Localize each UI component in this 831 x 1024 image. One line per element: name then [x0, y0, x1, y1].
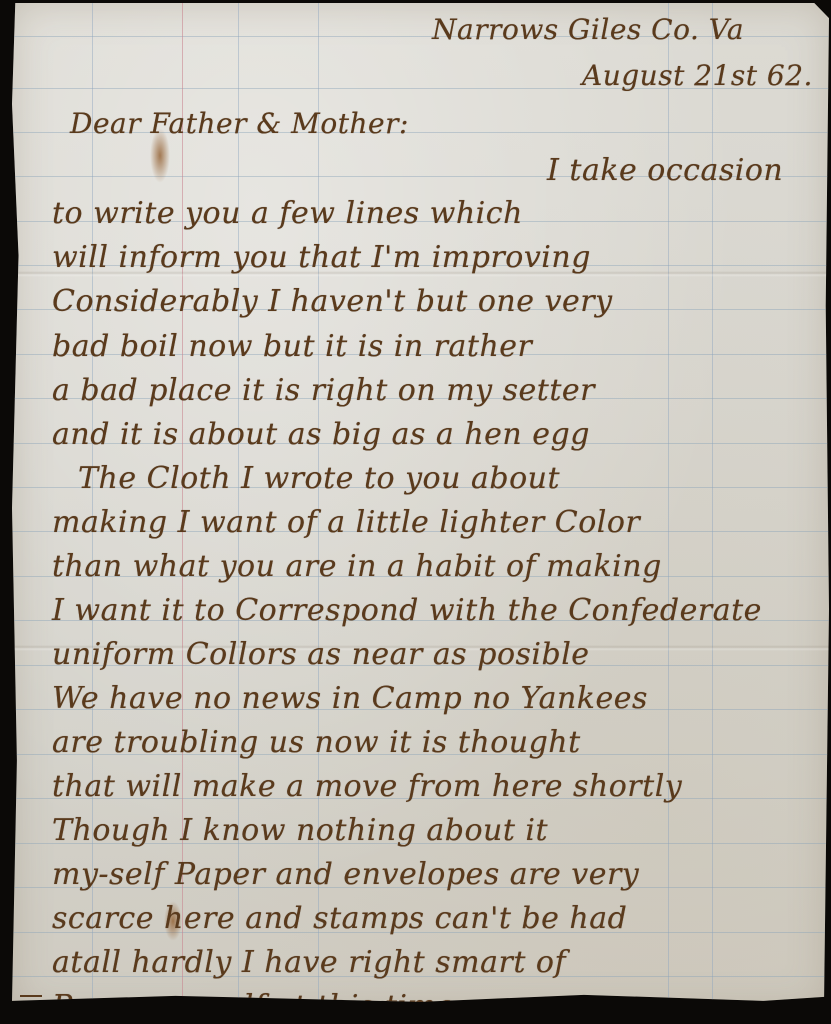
letter-page: Narrows Giles Co. Va August 21st 62. Dea…: [12, 3, 829, 1013]
letter-line: my-self Paper and envelopes are very: [52, 857, 639, 892]
letter-line: are troubling us now it is thought: [52, 725, 581, 760]
letter-line: scarce here and stamps can't be had: [52, 901, 627, 936]
letter-place: Narrows Giles Co. Va: [432, 13, 744, 46]
letter-line: that will make a move from here shortly: [52, 769, 682, 804]
letter-line: The Cloth I wrote to you about: [78, 461, 560, 496]
letter-line: Though I know nothing about it: [52, 813, 548, 848]
letter-salutation: Dear Father & Mother:: [70, 107, 409, 140]
ink-dash-mark: [20, 995, 42, 997]
letter-line: than what you are in a habit of making: [52, 549, 662, 584]
letter-line: atall hardly I have right smart of: [52, 945, 566, 980]
letter-line: Considerably I haven't but one very: [52, 284, 613, 319]
letter-line: We have no news in Camp no Yankees: [52, 681, 648, 716]
letter-line: making I want of a little lighter Color: [52, 505, 640, 540]
letter-line: bad boil now but it is in rather: [52, 329, 532, 364]
letter-line: I take occasion: [547, 153, 783, 188]
letter-line: I want it to Correspond with the Confede…: [52, 593, 762, 628]
letter-line: and it is about as big as a hen egg: [52, 417, 590, 452]
letter-line: will inform you that I'm improving: [52, 240, 591, 275]
letter-line: Paper my-self at this time: [52, 989, 455, 1024]
letter-line: to write you a few lines which: [52, 196, 523, 231]
letter-line: a bad place it is right on my setter: [52, 373, 595, 408]
letter-date: August 21st 62.: [582, 59, 813, 92]
letter-line: uniform Collors as near as posible: [52, 637, 590, 672]
